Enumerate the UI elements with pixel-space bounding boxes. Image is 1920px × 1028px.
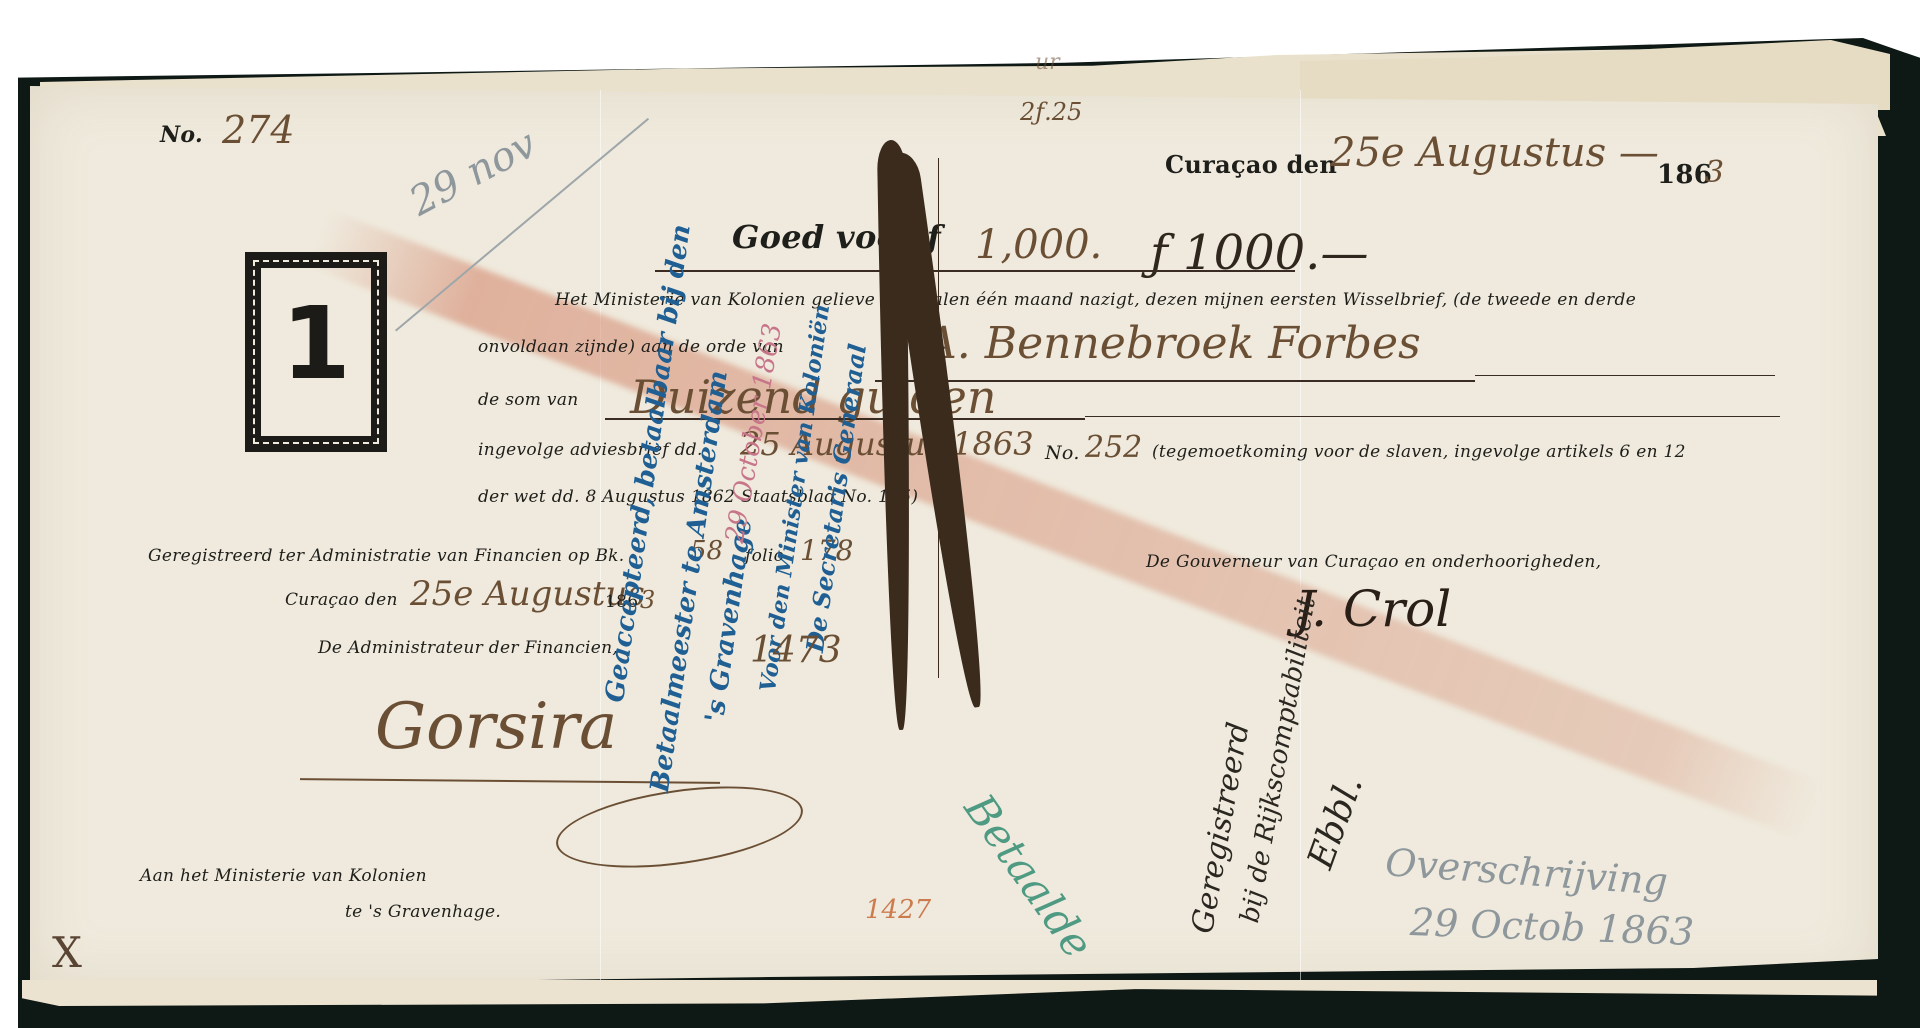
body-line-2: onvoldaan zijnde) aan de orde van <box>478 337 784 357</box>
registration-line: Geregistreerd ter Administratie van Fina… <box>148 546 624 566</box>
body-line-4a: ingevolge adviesbrief dd. <box>478 440 703 460</box>
amount-underline <box>655 270 1295 272</box>
body-line-1: Het Ministerie van Kolonien gelieve te b… <box>555 290 1636 310</box>
denomination-ornament: 1 <box>245 252 387 452</box>
administrator-title: De Administrateur der Financien, <box>318 638 618 658</box>
year-printed: 186 <box>1657 160 1712 190</box>
good-for-amount: 1,000. <box>975 222 1102 268</box>
addressee-line-2: te 's Gravenhage. <box>345 902 501 922</box>
document-number: 274 <box>222 108 295 152</box>
body-line-3: de som van <box>478 390 579 410</box>
brown-reference-number: 1473 <box>750 630 842 671</box>
addressee-line-1: Aan het Ministerie van Kolonien <box>140 866 427 886</box>
orange-reference-number: 1427 <box>865 895 931 925</box>
place-date-handwritten: 25e Augustus — <box>1330 130 1659 176</box>
advice-number: 252 <box>1085 430 1142 465</box>
payee-name: A. Bennebroek Forbes <box>925 318 1421 369</box>
denomination-numeral: 1 <box>261 294 371 394</box>
registration-place-date: Curaçao den <box>285 590 398 610</box>
back-sheet-note: ur <box>1035 50 1060 75</box>
margin-note: 2ƒ.25 <box>1020 98 1082 126</box>
administrator-signature: Gorsira <box>375 690 617 764</box>
sum-underline-tail <box>1085 416 1780 417</box>
number-label: No. <box>160 122 203 148</box>
body-line-4b: (tegemoetkoming voor de slaven, ingevolg… <box>1152 442 1686 462</box>
payee-underline-tail <box>1475 375 1775 376</box>
good-for-amount-repeat: ƒ 1000.— <box>1150 225 1368 281</box>
governor-title: De Gouverneur van Curaçao en onderhoorig… <box>1146 552 1601 572</box>
advice-no-label: No. <box>1045 442 1080 464</box>
ink-cancel-line <box>938 158 939 678</box>
corner-mark: X <box>52 928 82 977</box>
year-handwritten-digit: 3 <box>1705 155 1724 190</box>
place-date-printed: Curaçao den <box>1165 150 1337 179</box>
fold-line <box>1300 90 1301 980</box>
